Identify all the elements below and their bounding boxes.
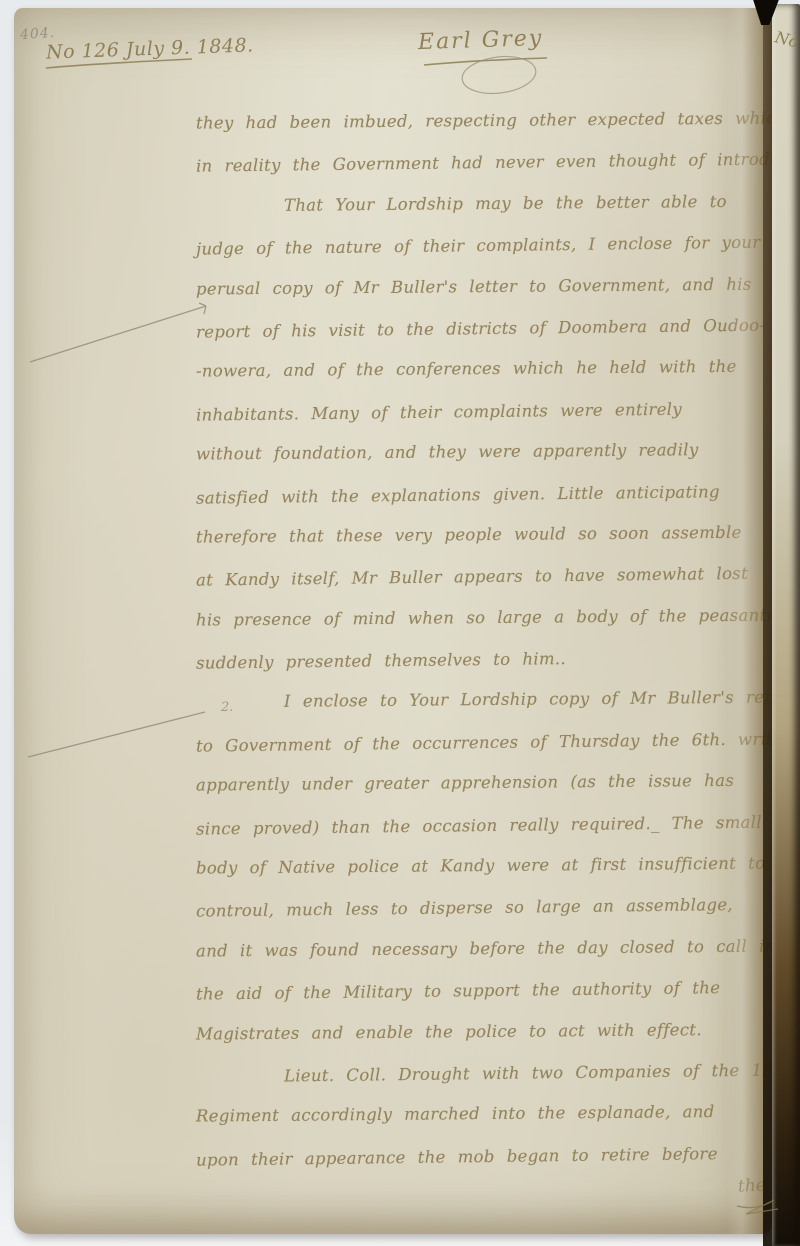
manuscript-line: perusal copy of Mr Buller's letter to Go… [196, 263, 772, 310]
manuscript-body: they had been imbued, respecting other e… [196, 100, 772, 1176]
manuscript-line: therefore that these very people would s… [196, 511, 772, 558]
manuscript-line: upon their appearance the mob began to r… [196, 1132, 772, 1181]
manuscript-line: I enclose to Your Lordship copy of Mr Bu… [196, 677, 772, 724]
addressee-title: Earl Grey [418, 26, 544, 55]
despatch-heading: No 126 July 9. 1848. [46, 34, 254, 63]
manuscript-line: and it was found necessary before the da… [196, 925, 772, 972]
manuscript-line: Magistrates and enable the police to act… [196, 1008, 772, 1055]
adjacent-page-edge [772, 4, 800, 1246]
manuscript-line: body of Native police at Kandy were at f… [196, 842, 772, 889]
manuscript-line: at Kandy itself, Mr Buller appears to ha… [196, 553, 772, 602]
manuscript-line: in reality the Government had never even… [196, 139, 772, 188]
manuscript-line: the aid of the Military to support the a… [196, 967, 772, 1016]
manuscript-line: That Your Lordship may be the better abl… [196, 180, 772, 227]
manuscript-page: 404. No 126 July 9. 1848. Earl Grey they… [14, 8, 772, 1234]
manuscript-scan: 404. No 126 July 9. 1848. Earl Grey they… [0, 0, 800, 1246]
manuscript-line: apparently under greater apprehension (a… [196, 760, 772, 807]
manuscript-line: controul, much less to disperse so large… [196, 884, 772, 933]
manuscript-line: Regiment accordingly marched into the es… [196, 1091, 772, 1138]
manuscript-line: judge of the nature of their complaints,… [196, 222, 772, 271]
manuscript-line: without foundation, and they were appare… [196, 429, 772, 476]
manuscript-line: satisfied with the explanations given. L… [196, 470, 772, 519]
margin-mark-2: 2. [221, 700, 233, 715]
manuscript-line: his presence of mind when so large a bod… [196, 594, 772, 641]
manuscript-line: -nowera, and of the conferences which he… [196, 346, 772, 393]
manuscript-line: they had been imbued, respecting other e… [196, 97, 772, 144]
